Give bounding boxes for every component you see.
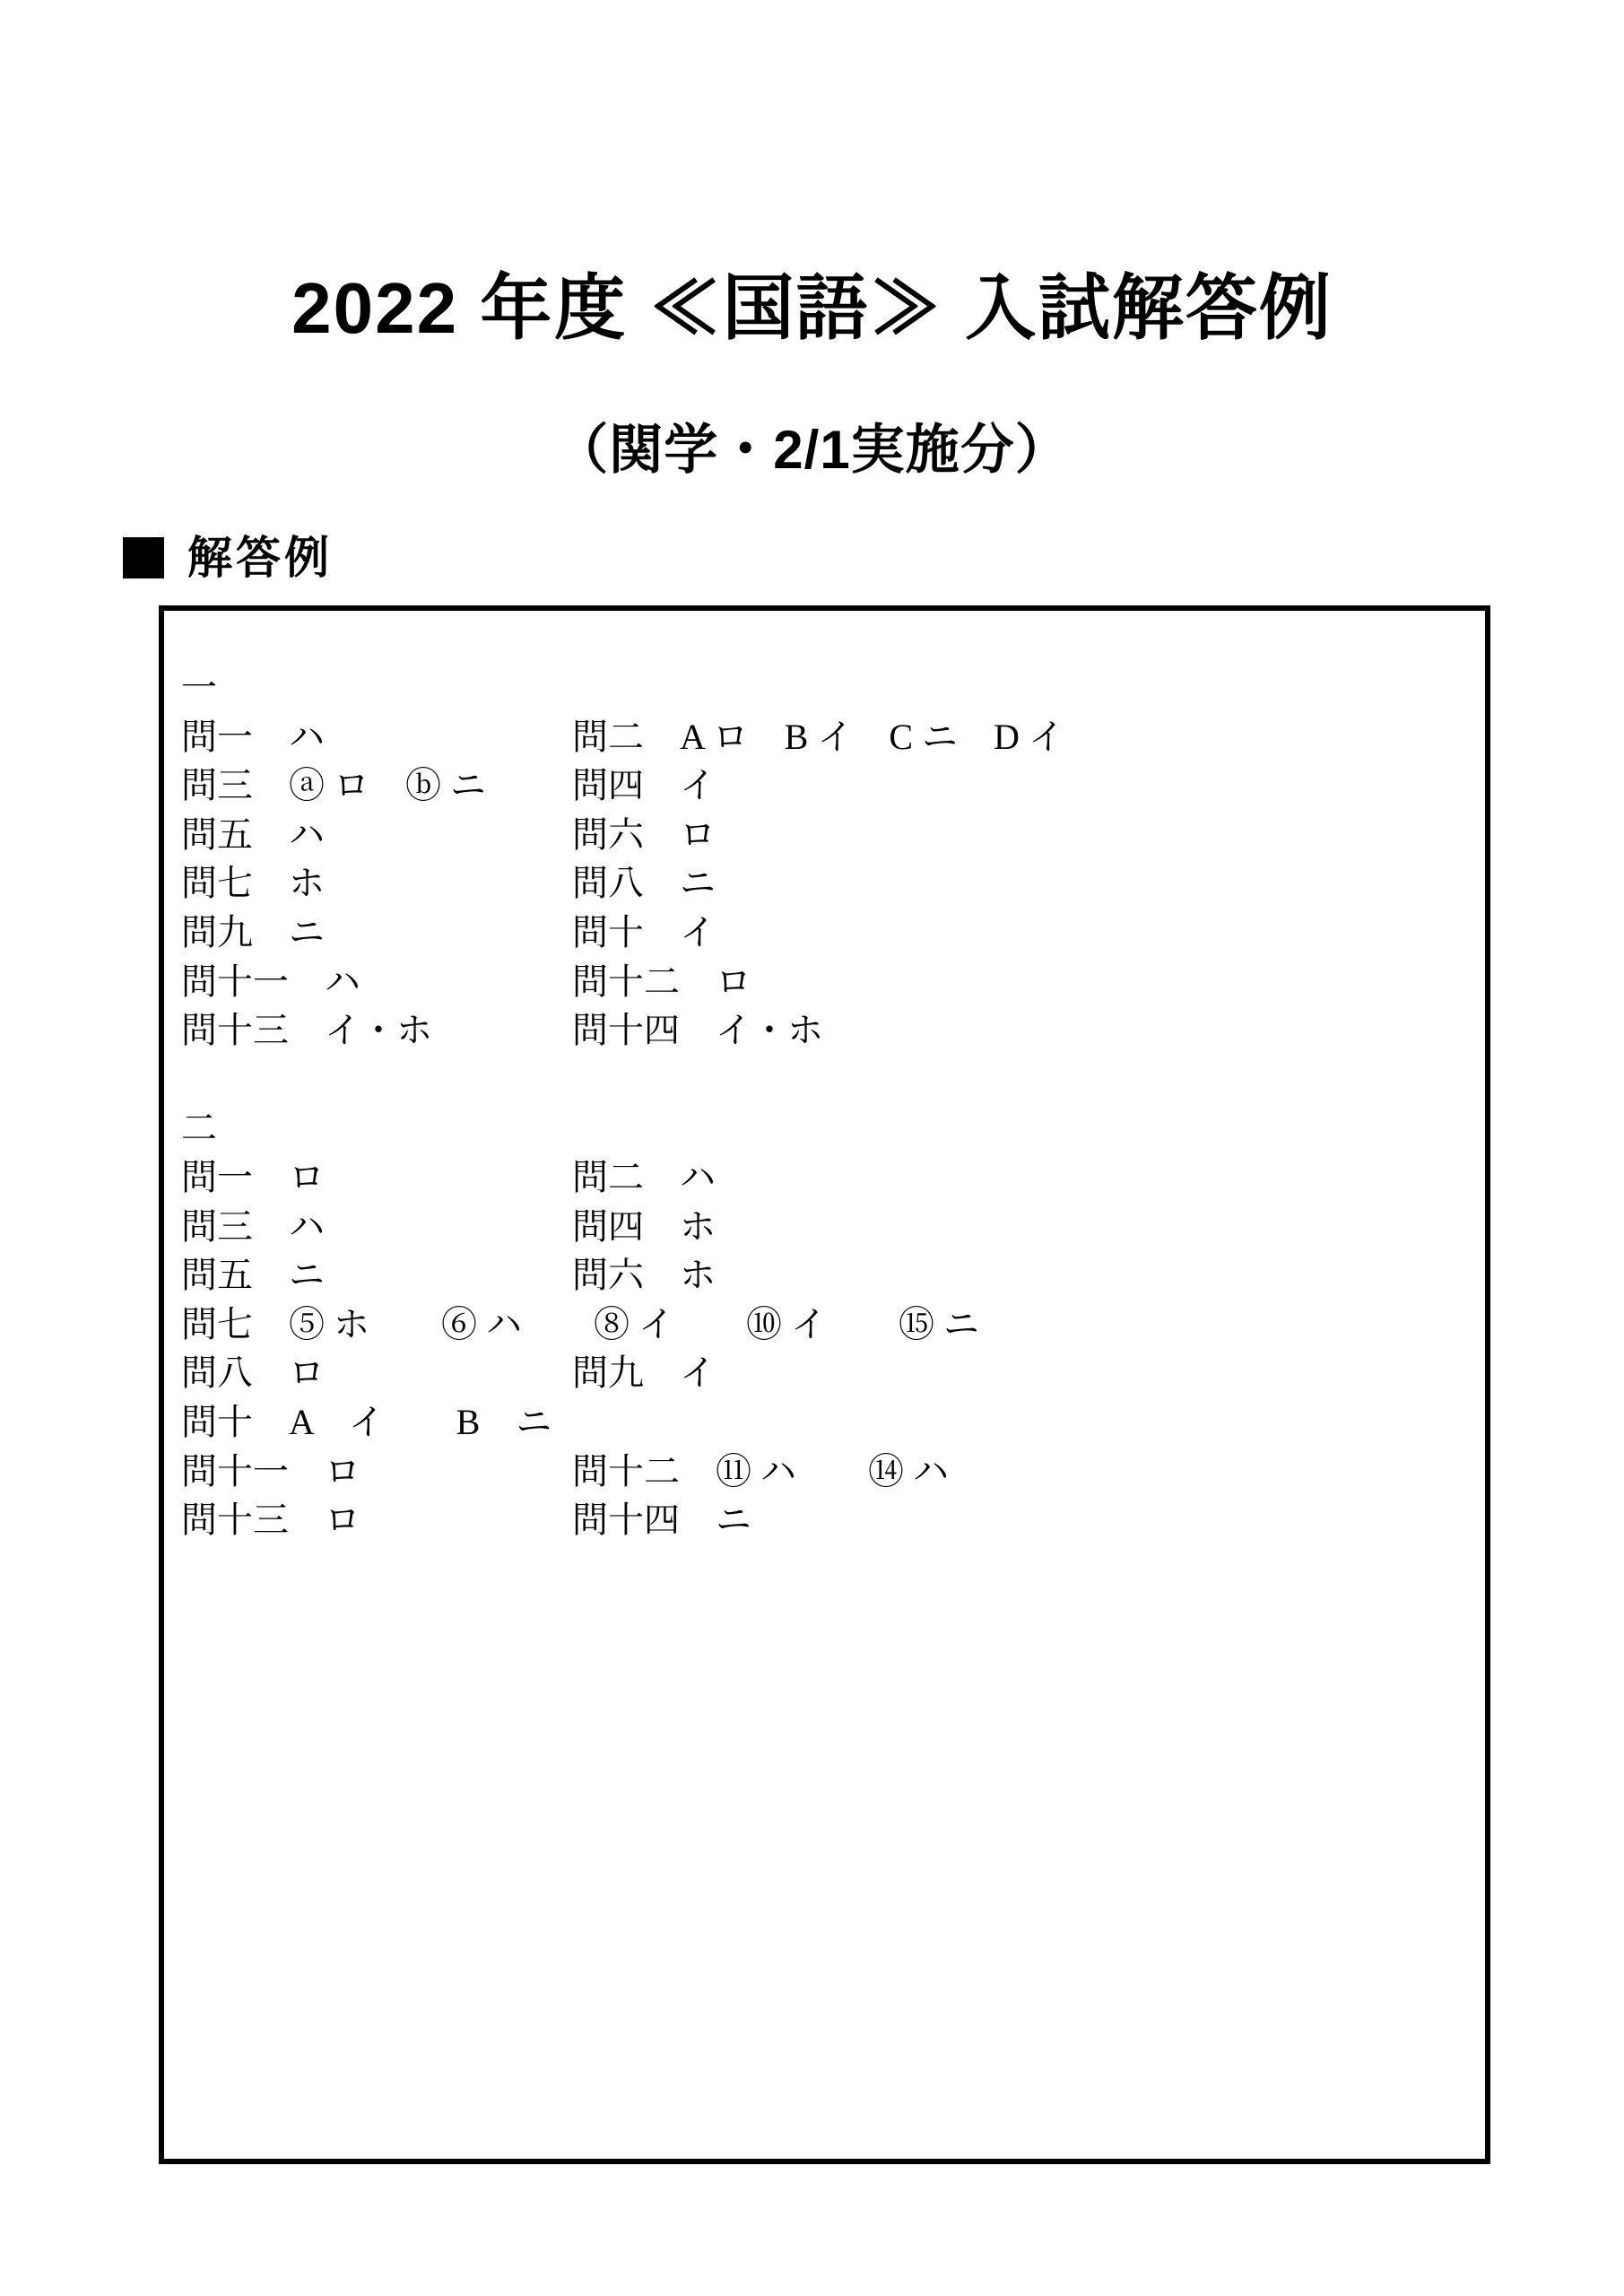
black-square-icon (123, 537, 164, 578)
answer-row: 問三 ハ 問四 ホ (181, 1203, 1467, 1252)
answer-row: 問十一 ハ 問十二 ロ (181, 958, 1467, 1007)
document-page: 2022 年度 ≪国語≫ 入試解答例 （関学・2/1実施分） 解答例 一 問一 … (0, 0, 1624, 2296)
answer-cell: 問十四 イ・ホ (572, 1006, 1467, 1056)
answer-row: 問八 ロ 問九 イ (181, 1349, 1467, 1398)
section-marker-row: 一 (181, 664, 1467, 713)
answer-cell: 問六 ロ (572, 811, 1467, 860)
answer-cell: 問九 ニ (181, 909, 572, 958)
answer-row: 問三 ⓐ ロ ⓑ ニ 問四 イ (181, 761, 1467, 811)
answer-cell: 問一 ロ (181, 1153, 572, 1203)
answer-cell: 問六 ホ (572, 1251, 1467, 1300)
section-marker: 一 (181, 664, 1467, 713)
answer-row: 問一 ロ 問二 ハ (181, 1153, 1467, 1203)
answer-row: 問十 A イ B ニ (181, 1398, 1467, 1448)
answer-row: 問十三 ロ 問十四 ニ (181, 1496, 1467, 1545)
answer-cell: 問一 ハ (181, 713, 572, 762)
answer-cell: 問三 ハ (181, 1203, 572, 1252)
answer-row: 問五 ハ 問六 ロ (181, 811, 1467, 860)
answer-row: 問九 ニ 問十 イ (181, 909, 1467, 958)
answer-box: 一 問一 ハ 問二 A ロ B イ C ニ D イ 問三 ⓐ ロ ⓑ ニ 問四 … (159, 605, 1490, 2164)
section-marker-row: 二 (181, 1104, 1467, 1153)
answer-row: 問五 ニ 問六 ホ (181, 1251, 1467, 1300)
section-header-label: 解答例 (187, 531, 333, 585)
answer-cell: 問十二 ⑪ ハ ⑭ ハ (572, 1448, 1467, 1497)
section-marker: 二 (181, 1104, 1467, 1153)
answer-cell: 問八 ニ (572, 859, 1467, 909)
answer-row: 問七 ⑤ ホ ⑥ ハ ⑧ イ ⑩ イ ⑮ ニ (181, 1300, 1467, 1350)
answer-cell: 問七 ⑤ ホ ⑥ ハ ⑧ イ ⑩ イ ⑮ ニ (181, 1300, 1467, 1350)
page-subtitle: （関学・2/1実施分） (0, 418, 1624, 483)
answer-cell: 問十一 ロ (181, 1448, 572, 1497)
answer-cell: 問十三 ロ (181, 1496, 572, 1545)
page-title: 2022 年度 ≪国語≫ 入試解答例 (0, 267, 1624, 350)
answer-cell: 問二 A ロ B イ C ニ D イ (572, 713, 1467, 762)
answer-cell: 問十 A イ B ニ (181, 1398, 1467, 1448)
answer-row: 問十三 イ・ホ 問十四 イ・ホ (181, 1006, 1467, 1056)
answer-cell: 問十四 ニ (572, 1496, 1467, 1545)
answer-cell: 問九 イ (572, 1349, 1467, 1398)
answer-cell: 問十一 ハ (181, 958, 572, 1007)
answer-cell: 問八 ロ (181, 1349, 572, 1398)
answer-row: 問七 ホ 問八 ニ (181, 859, 1467, 909)
blank-line (181, 1056, 1467, 1105)
answer-cell: 問二 ハ (572, 1153, 1467, 1203)
answers-section-header: 解答例 (123, 531, 333, 585)
answer-cell: 問十二 ロ (572, 958, 1467, 1007)
answer-cell: 問七 ホ (181, 859, 572, 909)
answer-box-content: 一 問一 ハ 問二 A ロ B イ C ニ D イ 問三 ⓐ ロ ⓑ ニ 問四 … (164, 611, 1485, 1545)
answer-cell: 問五 ハ (181, 811, 572, 860)
answer-row: 問十一 ロ 問十二 ⑪ ハ ⑭ ハ (181, 1448, 1467, 1497)
answer-cell: 問十三 イ・ホ (181, 1006, 572, 1056)
answer-cell: 問五 ニ (181, 1251, 572, 1300)
answer-cell: 問四 ホ (572, 1203, 1467, 1252)
answer-row: 問一 ハ 問二 A ロ B イ C ニ D イ (181, 713, 1467, 762)
answer-cell: 問十 イ (572, 909, 1467, 958)
answer-cell: 問三 ⓐ ロ ⓑ ニ (181, 761, 572, 811)
answer-cell: 問四 イ (572, 761, 1467, 811)
